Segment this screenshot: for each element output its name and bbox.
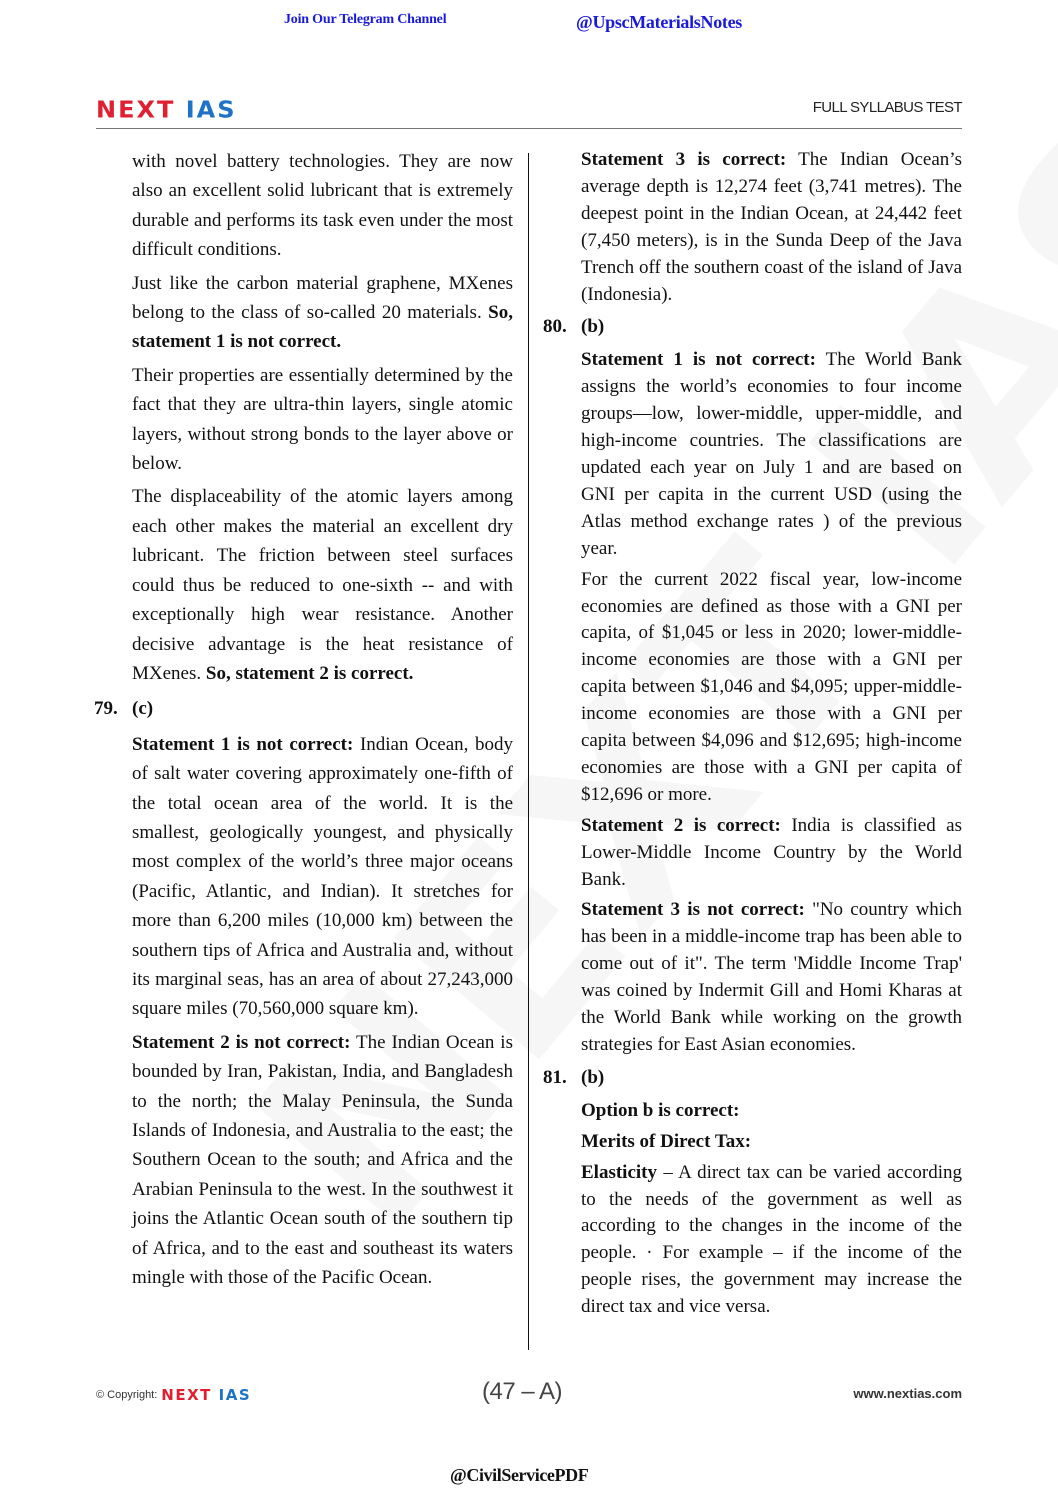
paragraph: Statement 3 is correct: The Indian Ocean… <box>581 147 962 308</box>
page-number: (47 – A) <box>482 1378 562 1406</box>
question-answer: (b) <box>581 316 604 337</box>
statement-label: Statement 1 is not correct: <box>132 734 353 755</box>
statement-label: Statement 3 is correct: <box>581 149 786 170</box>
paragraph: Statement 2 is correct: India is classif… <box>581 813 962 894</box>
footer-logo: NEXT IAS <box>161 1386 251 1404</box>
paragraph: Statement 2 is not correct: The Indian O… <box>132 1028 513 1293</box>
question-81-heading: 81. (b) <box>581 1065 962 1092</box>
paragraph: Statement 1 is not correct: Indian Ocean… <box>132 730 513 1024</box>
section-heading: Merits of Direct Tax: <box>581 1129 962 1156</box>
paragraph: with novel battery technologies. They ar… <box>132 147 513 265</box>
statement-label: Statement 1 is not correct: <box>581 349 816 370</box>
footer-copyright: © Copyright: NEXT IAS <box>96 1386 251 1404</box>
question-number: 81. <box>543 1065 567 1092</box>
statement-label: Statement 2 is not correct: <box>132 1032 350 1053</box>
telegram-handle[interactable]: @UpscMaterialsNotes <box>576 12 742 33</box>
paragraph: Statement 3 is not correct: "No country … <box>581 897 962 1058</box>
paragraph: Their properties are essentially determi… <box>132 361 513 479</box>
next-ias-logo: NEXT IAS <box>96 97 237 124</box>
header-divider <box>96 128 962 129</box>
question-answer: (c) <box>132 698 153 719</box>
paragraph: Elasticity – A direct tax can be varied … <box>581 1160 962 1321</box>
statement-label: Statement 3 is not correct: <box>581 899 805 920</box>
question-79-heading: 79. (c) <box>132 694 513 723</box>
test-title: FULL SYLLABUS TEST <box>813 99 962 116</box>
channel-tag: @CivilServicePDF <box>450 1465 588 1486</box>
question-number: 79. <box>94 694 118 723</box>
term-label: Elasticity <box>581 1162 657 1183</box>
telegram-channel-label: Join Our Telegram Channel <box>284 12 446 28</box>
option-line: Option b is correct: <box>581 1098 962 1125</box>
column-divider <box>528 153 529 1350</box>
logo-next: NEXT <box>96 97 175 124</box>
website-link[interactable]: www.nextias.com <box>853 1386 962 1401</box>
right-column: Statement 3 is correct: The Indian Ocean… <box>581 147 962 1325</box>
statement-verdict: So, statement 2 is correct. <box>206 663 414 684</box>
paragraph: For the current 2022 fiscal year, low-in… <box>581 567 962 809</box>
paragraph: Statement 1 is not correct: The World Ba… <box>581 347 962 562</box>
statement-label: Statement 2 is correct: <box>581 815 781 836</box>
copyright-label: © Copyright: <box>96 1389 157 1401</box>
question-number: 80. <box>543 314 567 341</box>
paragraph: Just like the carbon material graphene, … <box>132 269 513 357</box>
paragraph: The displaceability of the atomic layers… <box>132 482 513 688</box>
logo-ias: IAS <box>186 97 237 124</box>
question-answer: (b) <box>581 1067 604 1088</box>
left-column: with novel battery technologies. They ar… <box>132 147 513 1296</box>
question-80-heading: 80. (b) <box>581 314 962 341</box>
